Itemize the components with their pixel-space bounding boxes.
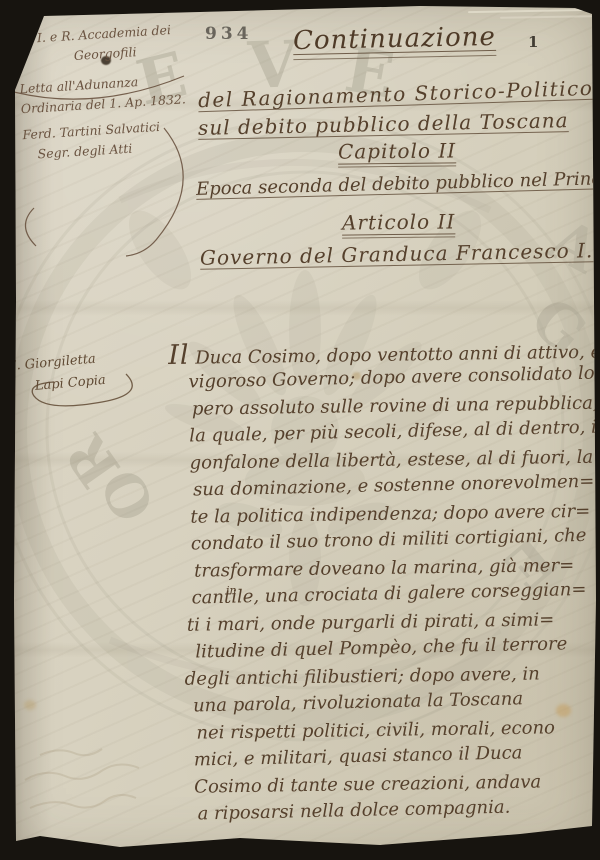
archive-stamp-number: 934 <box>205 24 253 44</box>
paper-crease <box>0 300 600 316</box>
chapter-heading: Capitolo II <box>338 138 456 163</box>
stacked-sheet-edge <box>468 9 593 13</box>
watermark-letter: O <box>88 459 168 531</box>
interlinear-insertion: in <box>226 584 237 597</box>
margin-signature: E. Giorgiletta Lapi Copia <box>6 348 106 400</box>
article-subtitle: Governo del Granduca Francesco I. <box>200 238 594 270</box>
document-title-text: Continuazione <box>293 22 497 60</box>
margin-annotation: I. e R. Accademia dei Georgofili Letta a… <box>16 19 199 165</box>
paragraph-initial: Il <box>168 340 190 371</box>
chapter-subtitle: Epoca seconda del debito pubblico nel Pr… <box>196 167 600 200</box>
body-paragraph: Il Duca Cosimo, dopo ventotto anni di at… <box>168 336 600 828</box>
subtitle-line-2: sul debito pubblico della Toscana <box>198 108 569 140</box>
article-heading: Articolo II <box>342 209 456 234</box>
page-number: 1 <box>528 33 538 51</box>
document-title: Continuazione <box>293 22 496 56</box>
stacked-sheet-edge <box>500 15 592 19</box>
manuscript-page: E V E A G E R O 934 1 Continuazione del … <box>0 0 600 860</box>
